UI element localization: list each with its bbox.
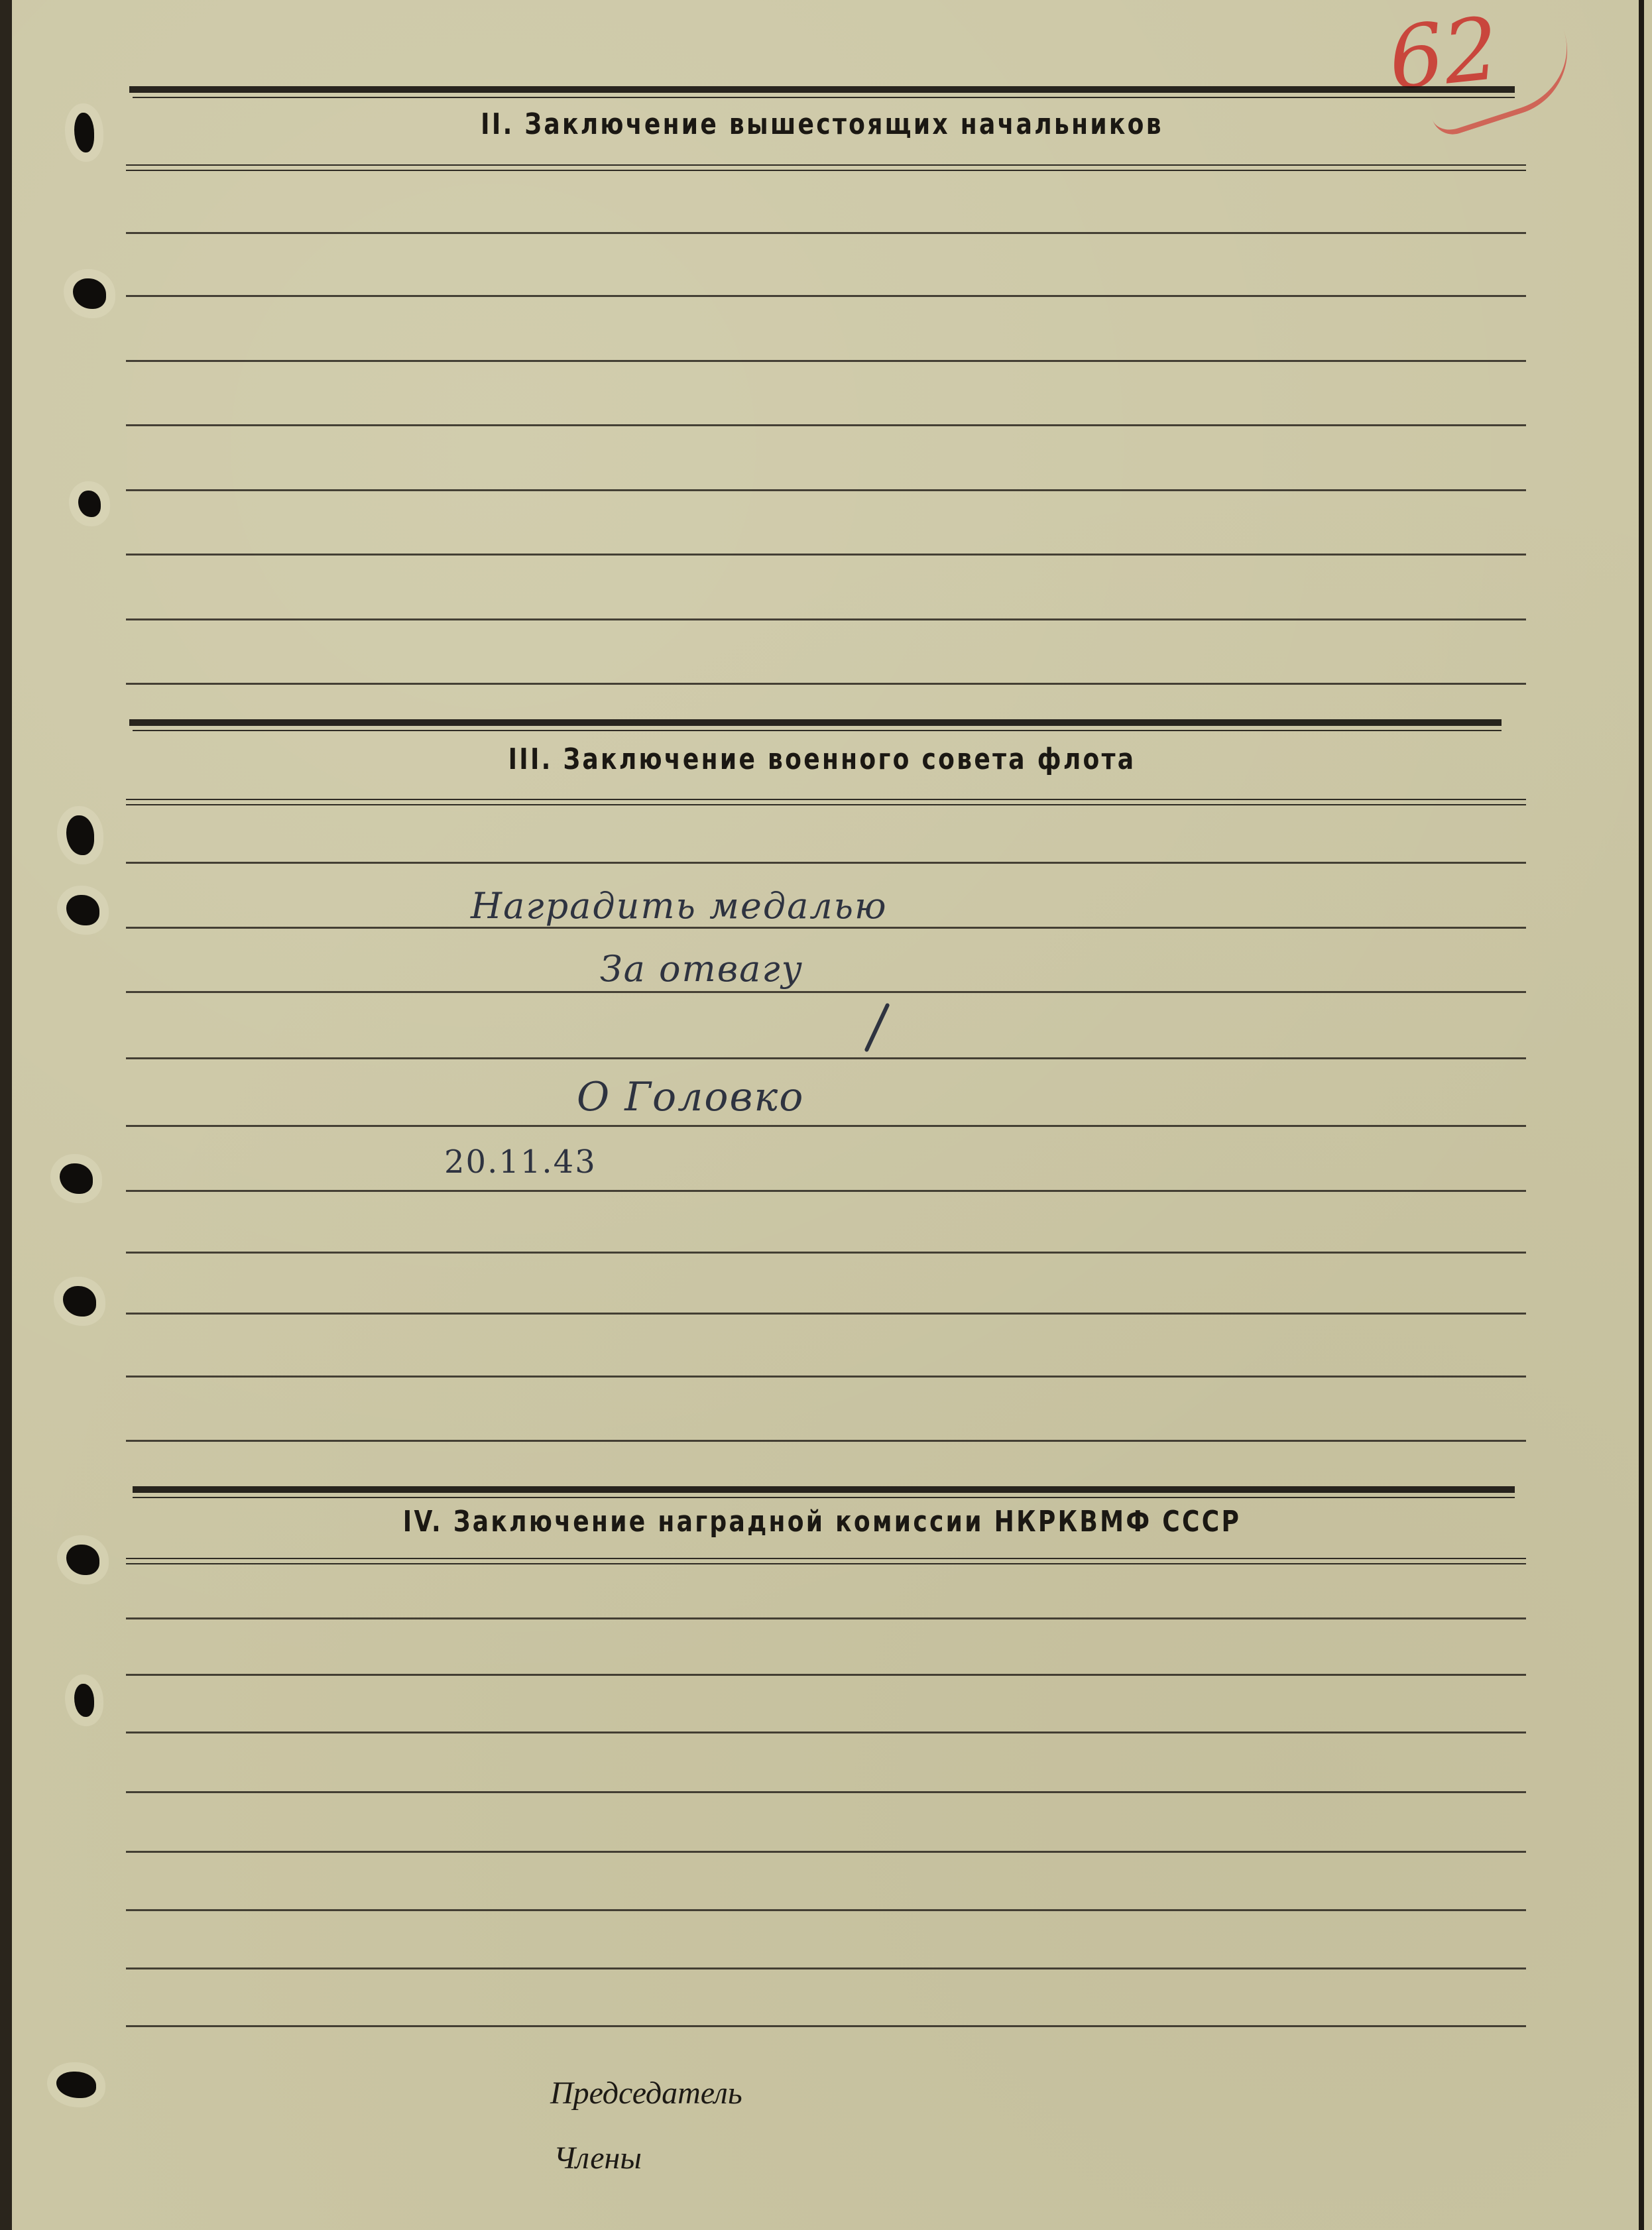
ruled-line: [126, 1674, 1526, 1676]
section-iv-title-underline: [126, 1563, 1526, 1564]
section-ii-top-rule-thin: [133, 97, 1515, 98]
punch-hole-icon: [66, 1545, 99, 1575]
punch-hole-icon: [60, 1163, 93, 1194]
ruled-line: [126, 1791, 1526, 1793]
section-iii-top-rule: [129, 719, 1502, 726]
chairman-label: Председатель: [550, 2075, 742, 2111]
ruled-line: [126, 927, 1526, 929]
ruled-line: [126, 1909, 1526, 1911]
ruled-line: [126, 554, 1526, 556]
scan-right-edge: [1639, 0, 1644, 2230]
ruled-line: [126, 991, 1526, 993]
section-iii-title-underline: [126, 804, 1526, 805]
section-ii-title-underline: [126, 164, 1526, 166]
punch-hole-icon: [63, 1286, 96, 1317]
punch-hole-icon: [74, 1684, 94, 1717]
ruled-line: [126, 489, 1526, 491]
ruled-line: [126, 1190, 1526, 1192]
section-iv-title: IV. Заключение наградной комиссии НКРКВМ…: [148, 1505, 1496, 1539]
ruled-line: [126, 1057, 1526, 1059]
ruled-line: [126, 1967, 1526, 1969]
handwritten-date: 20.11.43: [444, 1144, 597, 1181]
punch-hole-icon: [56, 2072, 96, 2098]
section-iv-top-rule: [133, 1486, 1515, 1493]
ruled-line: [126, 232, 1526, 234]
handwritten-award-line: Наградить медалью: [471, 885, 888, 927]
ruled-line: [126, 683, 1526, 685]
scan-left-edge: [0, 0, 12, 2230]
section-iv-title-underline: [126, 1558, 1526, 1559]
punch-hole-icon: [66, 895, 99, 925]
ruled-line: [126, 1376, 1526, 1378]
ruled-line: [126, 1313, 1526, 1315]
ruled-line: [126, 2025, 1526, 2027]
ruled-line: [126, 862, 1526, 864]
punch-hole-icon: [74, 113, 94, 152]
section-ii-title-underline: [126, 170, 1526, 171]
ruled-line: [126, 295, 1526, 297]
ruled-line: [126, 424, 1526, 426]
handwritten-award-name: За отвагу: [600, 948, 803, 990]
punch-hole-icon: [66, 815, 94, 855]
handwritten-signature: О Головко: [577, 1074, 804, 1120]
ruled-line: [126, 1252, 1526, 1254]
ruled-line: [126, 1851, 1526, 1853]
ruled-line: [126, 1440, 1526, 1442]
section-ii-title: II. Заключение вышестоящих начальников: [148, 107, 1496, 141]
members-label: Члены: [554, 2140, 642, 2176]
ruled-line: [126, 360, 1526, 362]
section-iii-title-underline: [126, 799, 1526, 800]
section-iii-title: III. Заключение военного совета флота: [148, 742, 1496, 776]
section-ii-top-rule: [129, 86, 1515, 93]
document-page: 62 II. Заключение вышестоящих начальнико…: [0, 0, 1644, 2230]
ruled-line: [126, 618, 1526, 620]
handwritten-stroke: [864, 1002, 890, 1052]
ruled-line: [126, 1125, 1526, 1127]
ruled-line: [126, 1617, 1526, 1619]
section-iii-top-rule-thin: [133, 730, 1502, 731]
punch-hole-icon: [73, 278, 106, 309]
ruled-line: [126, 1731, 1526, 1733]
section-iv-top-rule-thin: [133, 1497, 1515, 1498]
punch-hole-icon: [78, 491, 101, 517]
